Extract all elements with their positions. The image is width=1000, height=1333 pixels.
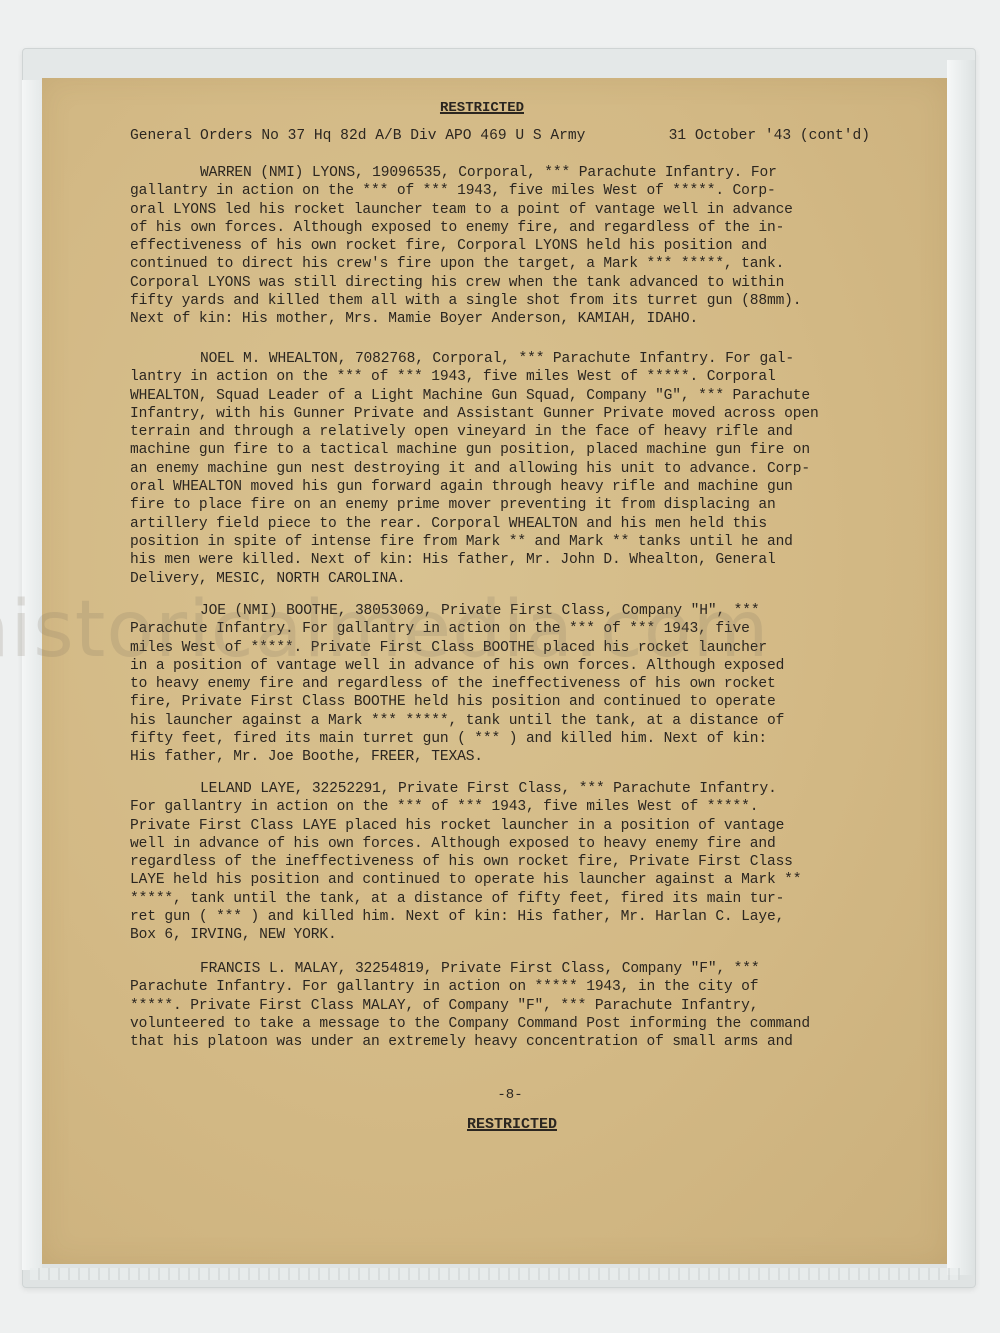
text-line: LAYE held his position and continued to … [130, 871, 870, 889]
text-line: *****, tank until the tank, at a distanc… [130, 890, 870, 908]
citation-paragraph: WARREN (NMI) LYONS, 19096535, Corporal, … [130, 164, 870, 329]
text-line: Infantry, with his Gunner Private and As… [130, 405, 870, 423]
text-line: his launcher against a Mark *** *****, t… [130, 712, 870, 730]
citation-paragraph: LELAND LAYE, 32252291, Private First Cla… [130, 780, 870, 945]
text-line: miles West of *****. Private First Class… [130, 639, 870, 657]
text-line: continued to direct his crew's fire upon… [130, 255, 870, 273]
text-line: JOE (NMI) BOOTHE, 38053069, Private Firs… [130, 602, 870, 620]
text-line: oral LYONS led his rocket launcher team … [130, 201, 870, 219]
text-line: lantry in action on the *** of *** 1943,… [130, 368, 870, 386]
page-number: -8- [480, 1087, 540, 1103]
order-date: 31 October '43 (cont'd) [669, 128, 870, 144]
text-line: fifty yards and killed them all with a s… [130, 292, 870, 310]
text-line: that his platoon was under an extremely … [130, 1033, 870, 1051]
text-line: WHEALTON, Squad Leader of a Light Machin… [130, 387, 870, 405]
text-line: For gallantry in action on the *** of **… [130, 798, 870, 816]
text-line: well in advance of his own forces. Altho… [130, 835, 870, 853]
text-line: position in spite of intense fire from M… [130, 533, 870, 551]
text-line: *****. Private First Class MALAY, of Com… [130, 997, 870, 1015]
text-line: his men were killed. Next of kin: His fa… [130, 551, 870, 569]
citation-paragraph: NOEL M. WHEALTON, 7082768, Corporal, ***… [130, 350, 870, 588]
order-header: General Orders No 37 Hq 82d A/B Div APO … [130, 128, 870, 144]
text-line: FRANCIS L. MALAY, 32254819, Private Firs… [130, 960, 870, 978]
text-line: Parachute Infantry. For gallantry in act… [130, 620, 870, 638]
text-line: NOEL M. WHEALTON, 7082768, Corporal, ***… [130, 350, 870, 368]
text-line: fire, Private First Class BOOTHE held hi… [130, 693, 870, 711]
text-line: Box 6, IRVING, NEW YORK. [130, 926, 870, 944]
text-line: in a position of vantage well in advance… [130, 657, 870, 675]
text-line: oral WHEALTON moved his gun forward agai… [130, 478, 870, 496]
citation-paragraph: JOE (NMI) BOOTHE, 38053069, Private Firs… [130, 602, 870, 767]
text-line: fifty feet, fired its main turret gun ( … [130, 730, 870, 748]
order-reference: General Orders No 37 Hq 82d A/B Div APO … [130, 128, 585, 144]
text-line: to heavy enemy fire and regardless of th… [130, 675, 870, 693]
text-line: Next of kin: His mother, Mrs. Mamie Boye… [130, 310, 870, 328]
text-line: Private First Class LAYE placed his rock… [130, 817, 870, 835]
text-line: Parachute Infantry. For gallantry in act… [130, 978, 870, 996]
citation-paragraph: FRANCIS L. MALAY, 32254819, Private Firs… [130, 960, 870, 1051]
text-line: regardless of the ineffectiveness of his… [130, 853, 870, 871]
text-line: Corporal LYONS was still directing his c… [130, 274, 870, 292]
classification-header: RESTRICTED [432, 100, 532, 116]
text-line: gallantry in action on the *** of *** 19… [130, 182, 870, 200]
sleeve-bottom-edge [30, 1268, 960, 1280]
text-line: an enemy machine gun nest destroying it … [130, 460, 870, 478]
sleeve-right-edge [947, 60, 975, 1275]
sleeve-left-edge [22, 80, 42, 1270]
classification-footer: RESTRICTED [462, 1116, 562, 1133]
text-line: fire to place fire on an enemy prime mov… [130, 496, 870, 514]
text-line: terrain and through a relatively open vi… [130, 423, 870, 441]
text-line: WARREN (NMI) LYONS, 19096535, Corporal, … [130, 164, 870, 182]
text-line: artillery field piece to the rear. Corpo… [130, 515, 870, 533]
text-line: machine gun fire to a tactical machine g… [130, 441, 870, 459]
text-line: ret gun ( *** ) and killed him. Next of … [130, 908, 870, 926]
text-line: Delivery, MESIC, NORTH CAROLINA. [130, 570, 870, 588]
text-line: LELAND LAYE, 32252291, Private First Cla… [130, 780, 870, 798]
text-line: His father, Mr. Joe Boothe, FREER, TEXAS… [130, 748, 870, 766]
text-line: effectiveness of his own rocket fire, Co… [130, 237, 870, 255]
text-line: volunteered to take a message to the Com… [130, 1015, 870, 1033]
text-line: of his own forces. Although exposed to e… [130, 219, 870, 237]
